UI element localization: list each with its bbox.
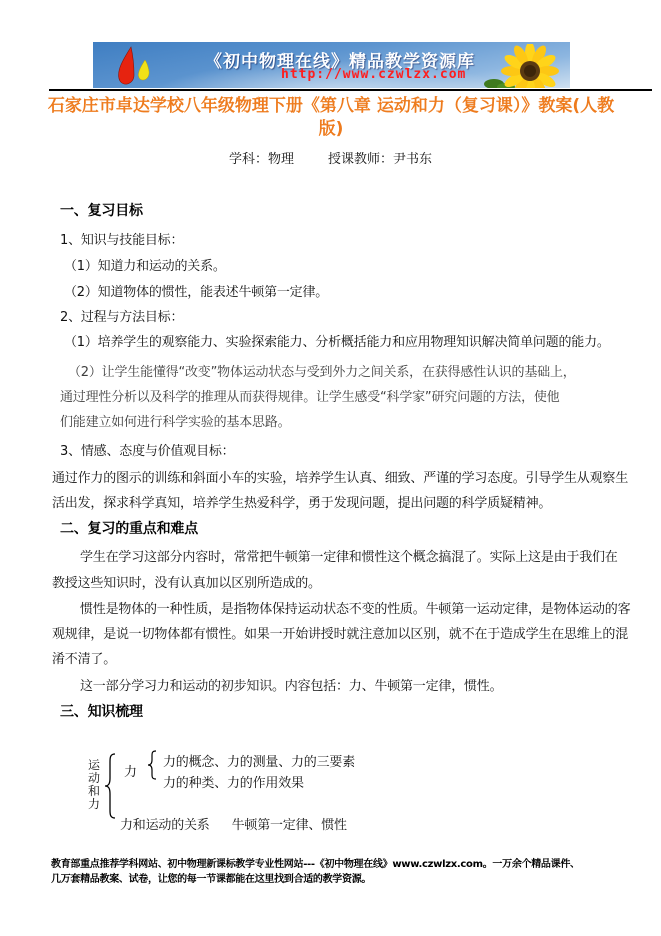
diagram-force-label: 力	[124, 761, 137, 780]
footer-note: 教育部重点推荐学科网站、初中物理新课标教学专业性网站---《初中物理在线》www…	[51, 857, 636, 887]
body-line: （2）让学生能懂得“改变”物体运动状态与受到外力之间关系，在获得感性认识的基础上…	[68, 361, 576, 380]
body-line: （1）知道力和运动的关系。	[64, 255, 226, 274]
body-line: 通过理性分析以及科学的推理从而获得规律。让学生感受“科学家”研究问题的方法，使他	[60, 386, 559, 405]
diagram-relation-label: 力和运动的关系	[120, 818, 210, 833]
section-heading-knowledge-map: 三、知识梳理	[60, 701, 143, 721]
body-line: （2）知道物体的惯性，能表述牛顿第一定律。	[64, 281, 328, 300]
large-brace-icon	[103, 753, 117, 819]
body-line: 通过作力的图示的训练和斜面小车的实验，培养学生认真、细致、严谨的学习态度。引导学…	[52, 467, 628, 486]
body-line: （1）培养学生的观察能力、实验探索能力、分析概括能力和应用物理知识解决简单问题的…	[64, 331, 610, 350]
section-heading-key-points: 二、复习的重点和难点	[60, 518, 198, 538]
subject-label: 学科：物理	[229, 152, 294, 167]
body-line: 3、情感、态度与价值观目标：	[60, 440, 234, 459]
body-line: 教授这些知识时，没有认真加以区别所造成的。	[52, 572, 321, 591]
diagram-item-force-concepts: 力的概念、力的测量、力的三要素	[163, 751, 355, 770]
body-line: 这一部分学习力和运动的初步知识。内容包括：力、牛顿第一定律，惯性。	[80, 675, 502, 694]
body-line: 2、过程与方法目标：	[60, 306, 183, 325]
diagram-item-force-types: 力的种类、力的作用效果	[163, 772, 304, 791]
diagram-root-label: 运 动 和 力	[86, 759, 102, 811]
body-line: 活出发，探求科学真知，培养学生热爱科学，勇于发现问题，提出问题的科学质疑精神。	[52, 492, 551, 511]
banner-site-url: http://www.czwlzx.com	[281, 67, 466, 82]
body-line: 们能建立如何进行科学实验的基本思路。	[60, 411, 290, 430]
body-line: 学生在学习这部分内容时，常常把牛顿第一定律和惯性这个概念搞混了。实际上这是由于我…	[80, 546, 618, 565]
diagram-relation-content: 牛顿第一定律、惯性	[232, 818, 347, 833]
diagram-relation-line: 力和运动的关系牛顿第一定律、惯性	[120, 814, 347, 833]
body-line: 惯性是物体的一种性质，是指物体保持运动状态不变的性质。牛顿第一运动定律，是物体运…	[80, 598, 630, 617]
section-heading-review-goals: 一、复习目标	[60, 200, 143, 220]
teacher-label: 授课教师：尹书东	[328, 152, 432, 167]
header-divider	[49, 89, 652, 91]
body-line: 淆不清了。	[52, 648, 116, 667]
footer-line: 几万套精品教案、试卷，让您的每一节课都能在这里找到合适的教学资源。	[51, 872, 636, 887]
body-line: 观规律，是说一切物体都有惯性。如果一开始讲授时就注意加以区别，就不在于造成学生在…	[52, 623, 628, 642]
flame-logo-icon	[109, 46, 161, 88]
doc-meta-line: 学科：物理授课教师：尹书东	[0, 148, 661, 167]
body-line: 1、知识与技能目标：	[60, 229, 183, 248]
small-brace-icon	[146, 750, 158, 781]
footer-line: 教育部重点推荐学科网站、初中物理新课标教学专业性网站---《初中物理在线》www…	[51, 857, 636, 872]
sunflower-icon	[472, 44, 568, 88]
document-page: 《初中物理在线》精品教学资源库 http://www.czwlzx.com	[0, 0, 661, 936]
site-banner: 《初中物理在线》精品教学资源库 http://www.czwlzx.com	[93, 42, 570, 88]
page-title: 石家庄市卓达学校八年级物理下册《第八章 运动和力（复习课）》教案(人教版)	[36, 95, 626, 141]
